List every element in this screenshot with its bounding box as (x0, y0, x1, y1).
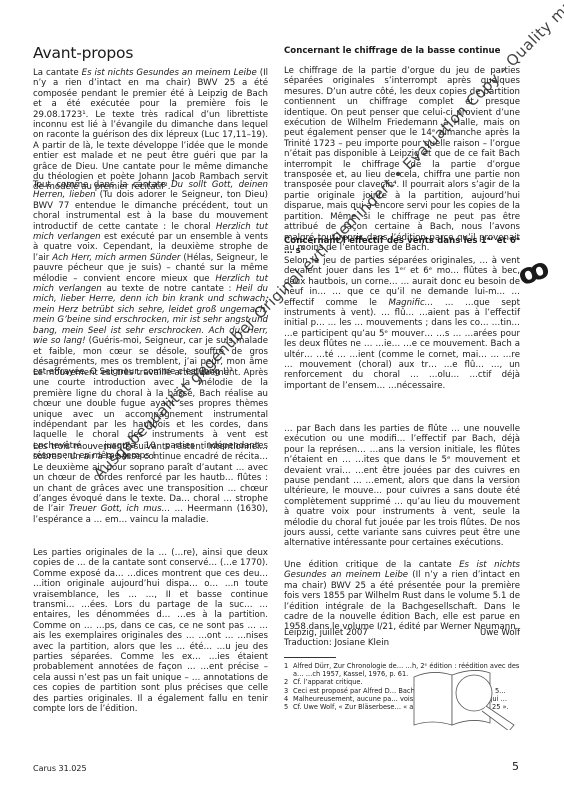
paragraph-intro: La cantate Es ist nichts Gesundes an mei… (33, 68, 268, 193)
paragraph-winds: Selon le jeu de parties séparées origina… (284, 256, 520, 391)
footnote-divider (284, 657, 336, 658)
paragraph-flutes: … par Bach dans les parties de flûte … u… (284, 424, 520, 549)
catalog-number: Carus 31.025 (33, 764, 87, 773)
document-page: Avant-propos La cantate Es ist nichts Ge… (0, 0, 564, 800)
page-number: 5 (512, 760, 519, 773)
paragraph-three-movements: Les trois mouvements suivants restent in… (33, 442, 268, 525)
paragraph-original-parts: Les parties originales de la … (…re), ai… (33, 548, 268, 715)
page-title: Avant-propos (33, 44, 133, 62)
author: Uwe Wolf (480, 628, 520, 638)
place-date: Leipzig, juillet 2007 (284, 628, 368, 638)
magnifier-book-icon (412, 665, 522, 730)
heading-figured-bass: Concernant le chiffrage de la basse cont… (284, 46, 500, 56)
translator: Traduction: Josiane Klein (284, 638, 520, 648)
paragraph-critical-edition: Une édition critique de la cantate Es is… (284, 560, 520, 633)
